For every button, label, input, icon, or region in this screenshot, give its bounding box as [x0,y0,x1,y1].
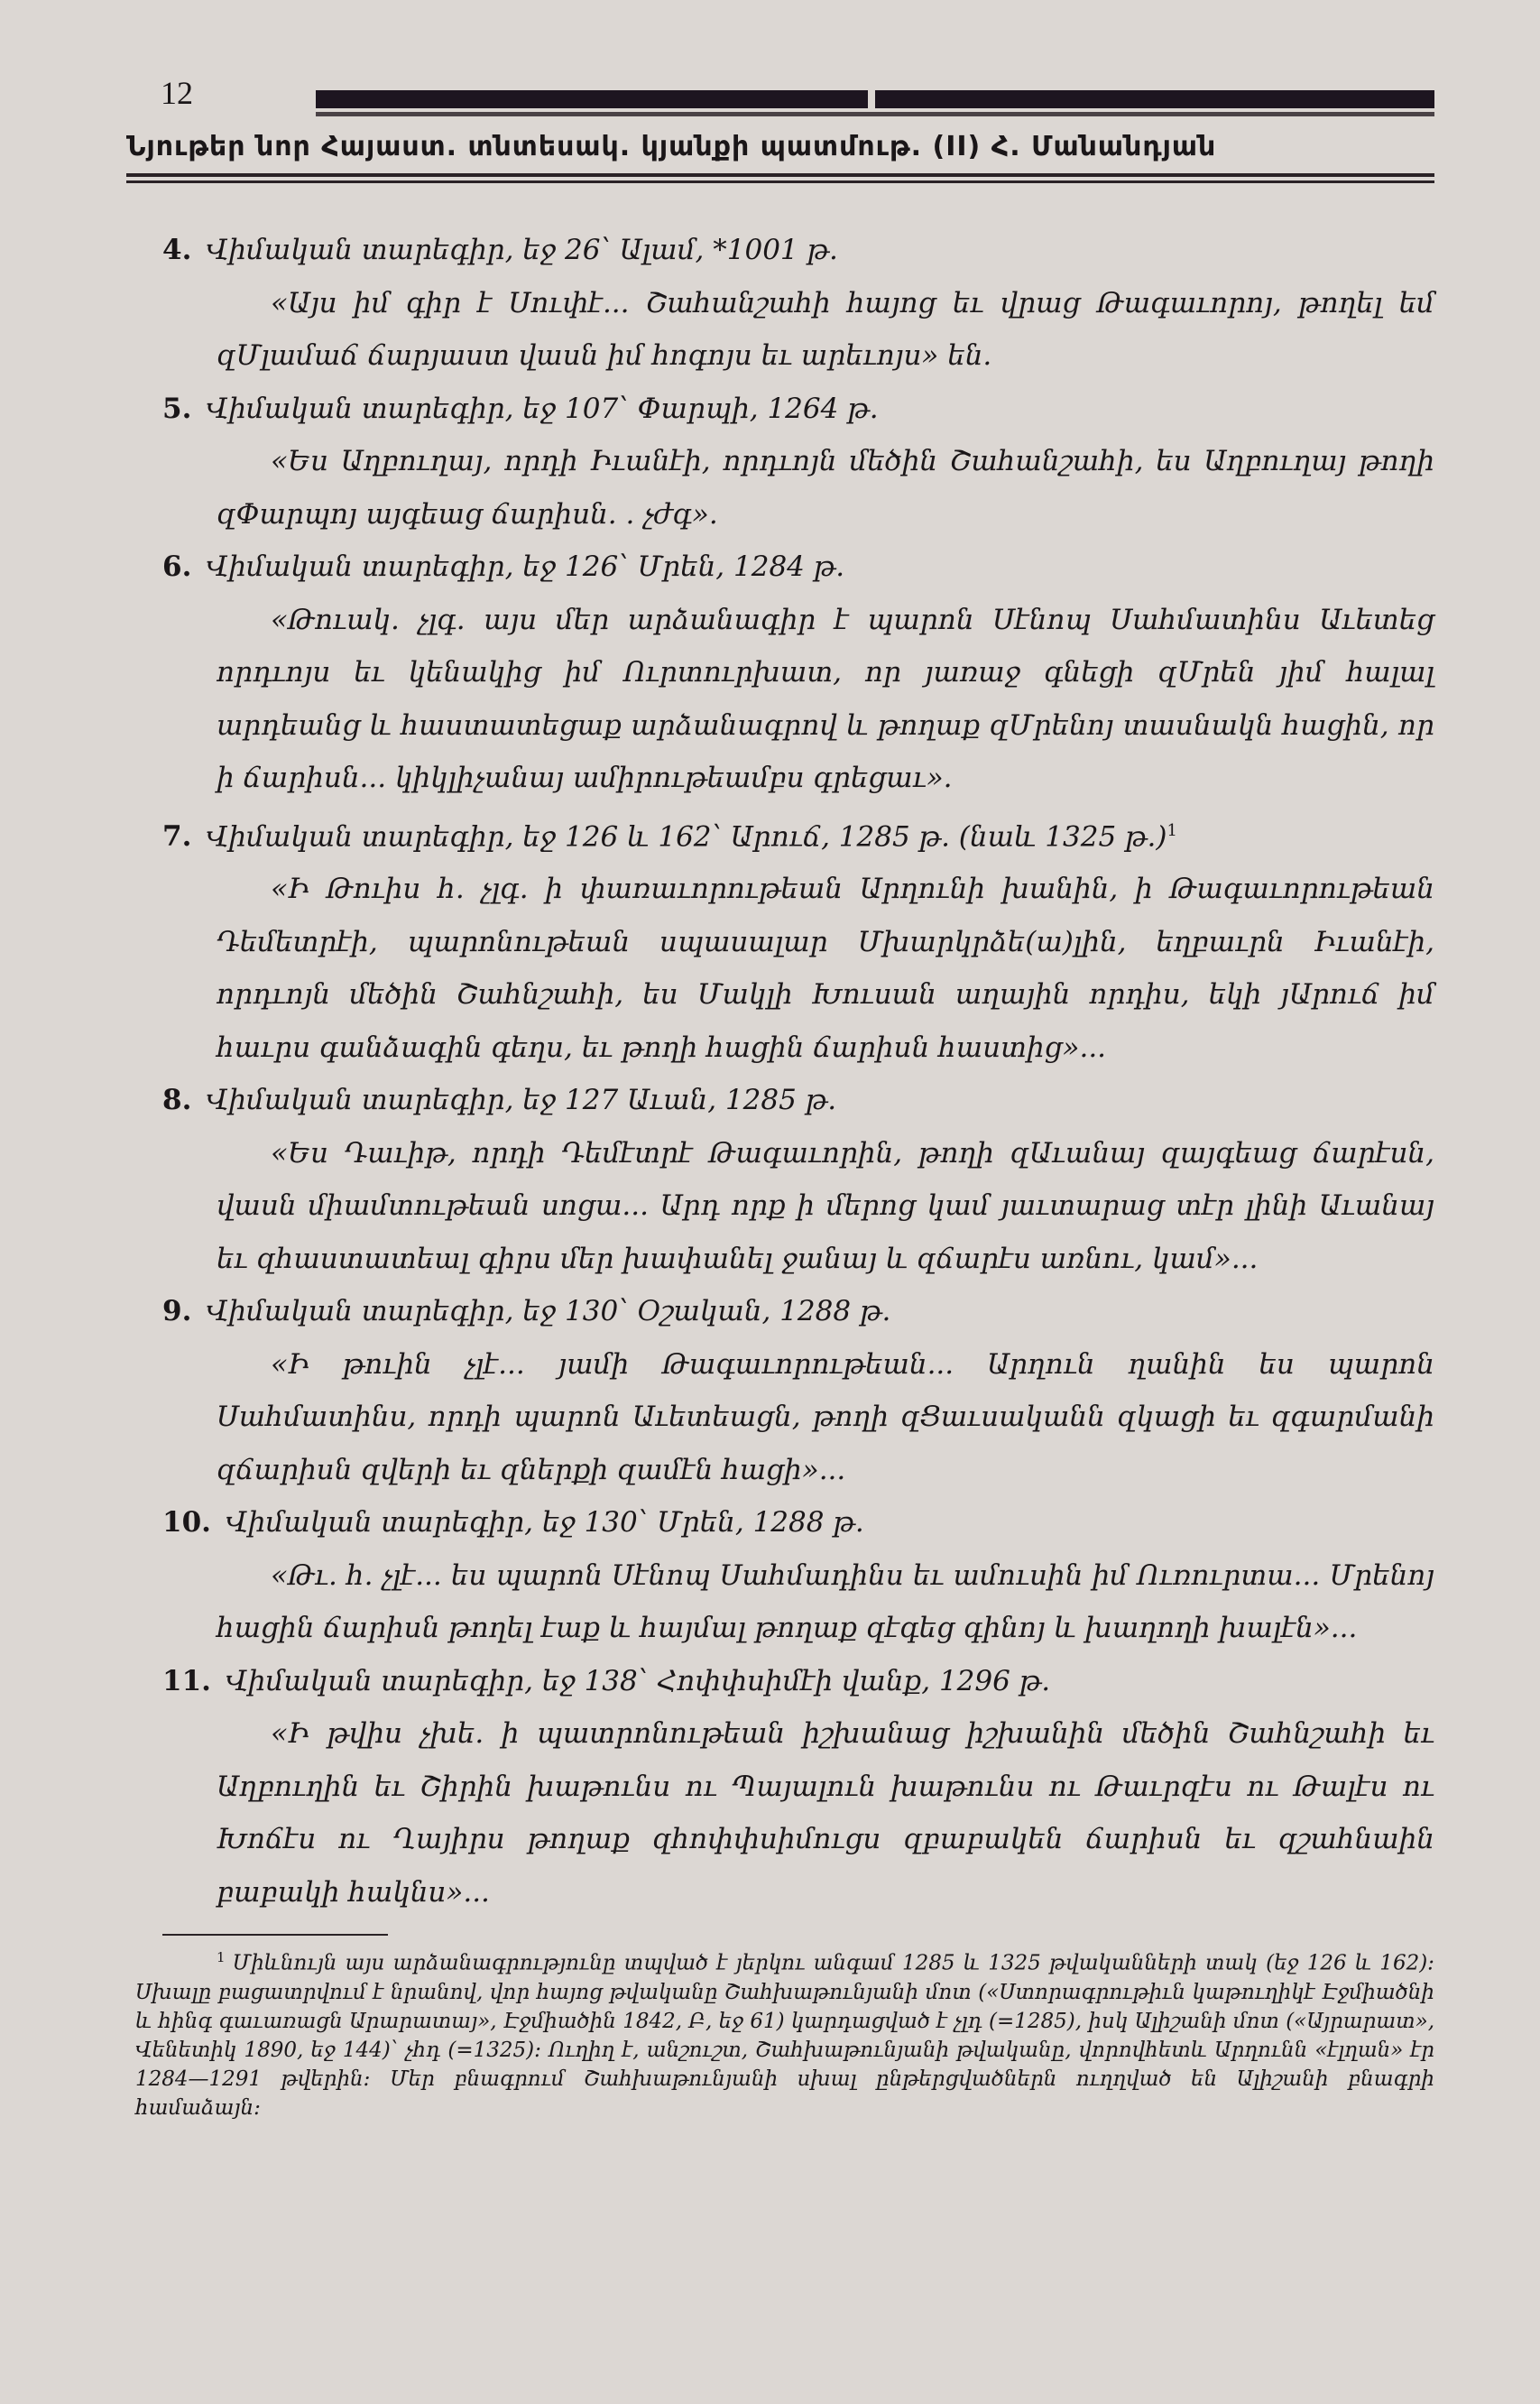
entry-quote: «Ի թուին չլէ... յամի Թագաւորութեան... Ար… [162,1338,1434,1497]
entry-heading: 4.Վիմական տարեգիր, եջ 26՝ Ալամ, *1001 թ. [162,224,1434,277]
footnote-text: Միևնույն այս արձանագրությունը տպված է յե… [135,1952,1434,2120]
entry-heading: 6.Վիմական տարեգիր, եջ 126՝ Մրեն, 1284 թ. [162,541,1434,594]
footnote-mark: 1 [217,1949,226,1965]
footnote: 1Միևնույն այս արձանագրությունը տպված է յ… [135,1943,1434,2122]
double-rule-bottom [126,180,1434,183]
page-number: 12 [161,74,193,112]
footnote-separator [162,1934,388,1936]
entry-8: 8.Վիմական տարեգիր, եջ 127 Աւան, 1285 թ. … [162,1074,1434,1285]
header-thin-rule [316,112,1434,116]
header-rule-gap [868,88,875,110]
entry-heading: 8.Վիմական տարեգիր, եջ 127 Աւան, 1285 թ. [162,1074,1434,1127]
entry-heading: 10.Վիմական տարեգիր, եջ 130՝ Մրեն, 1288 թ… [162,1496,1434,1549]
entry-quote: «Ի Թուիս հ. չլգ. ի փառաւորութեան Արղունի… [162,863,1434,1074]
entry-quote: «Թուակ. չլգ. այս մեր արձանագիր է պարոն Ս… [162,594,1434,805]
entry-quote: «Ես Դաւիթ, որդի Դեմէտրէ Թագաւորին, թողի … [162,1127,1434,1286]
entry-4: 4.Վիմական տարեգիր, եջ 26՝ Ալամ, *1001 թ.… [162,224,1434,383]
entry-quote: «Ի թվիս չխե. ի պատրոնութեան իշխանաց իշխա… [162,1707,1434,1919]
entry-quote: «Այս իմ գիր է Սուփէ... Շահանշահի հայոց ե… [162,277,1434,383]
entry-11: 11.Վիմական տարեգիր, եջ 138՝ Հոփփսիմէի վա… [162,1655,1434,1919]
entry-10: 10.Վիմական տարեգիր, եջ 130՝ Մրեն, 1288 թ… [162,1496,1434,1655]
double-rule-top [126,173,1434,177]
header-thick-rule [316,90,1434,108]
entry-quote: «Թւ. հ. չլէ... ես պարոն Սէնոպ Սահմադինս … [162,1549,1434,1655]
entry-quote: «Ես Աղբուղայ, որդի Իւանէի, որդւոյն մեծին… [162,435,1434,541]
entry-heading: 7.Վիմական տարեգիր, եջ 126 և 162՝ Արուճ, … [162,805,1434,864]
entry-9: 9.Վիմական տարեգիր, եջ 130՝ Օշական, 1288 … [162,1285,1434,1496]
entry-5: 5.Վիմական տարեգիր, եջ 107՝ Փարպի, 1264 թ… [162,383,1434,541]
running-head: Նյութեր նոր Հայաստ. տնտեսակ. կյանքի պատմ… [126,131,1434,162]
entry-heading: 5.Վիմական տարեգիր, եջ 107՝ Փարպի, 1264 թ… [162,383,1434,436]
entry-7: 7.Վիմական տարեգիր, եջ 126 և 162՝ Արուճ, … [162,805,1434,1075]
entry-heading: 11.Վիմական տարեգիր, եջ 138՝ Հոփփսիմէի վա… [162,1655,1434,1708]
entry-heading: 9.Վիմական տարեգիր, եջ 130՝ Օշական, 1288 … [162,1285,1434,1338]
entries-list: 4.Վիմական տարեգիր, եջ 26՝ Ալամ, *1001 թ.… [162,224,1434,1919]
entry-6: 6.Վիմական տարեգիր, եջ 126՝ Մրեն, 1284 թ.… [162,541,1434,805]
footnote-ref[interactable]: 1 [1167,821,1177,840]
